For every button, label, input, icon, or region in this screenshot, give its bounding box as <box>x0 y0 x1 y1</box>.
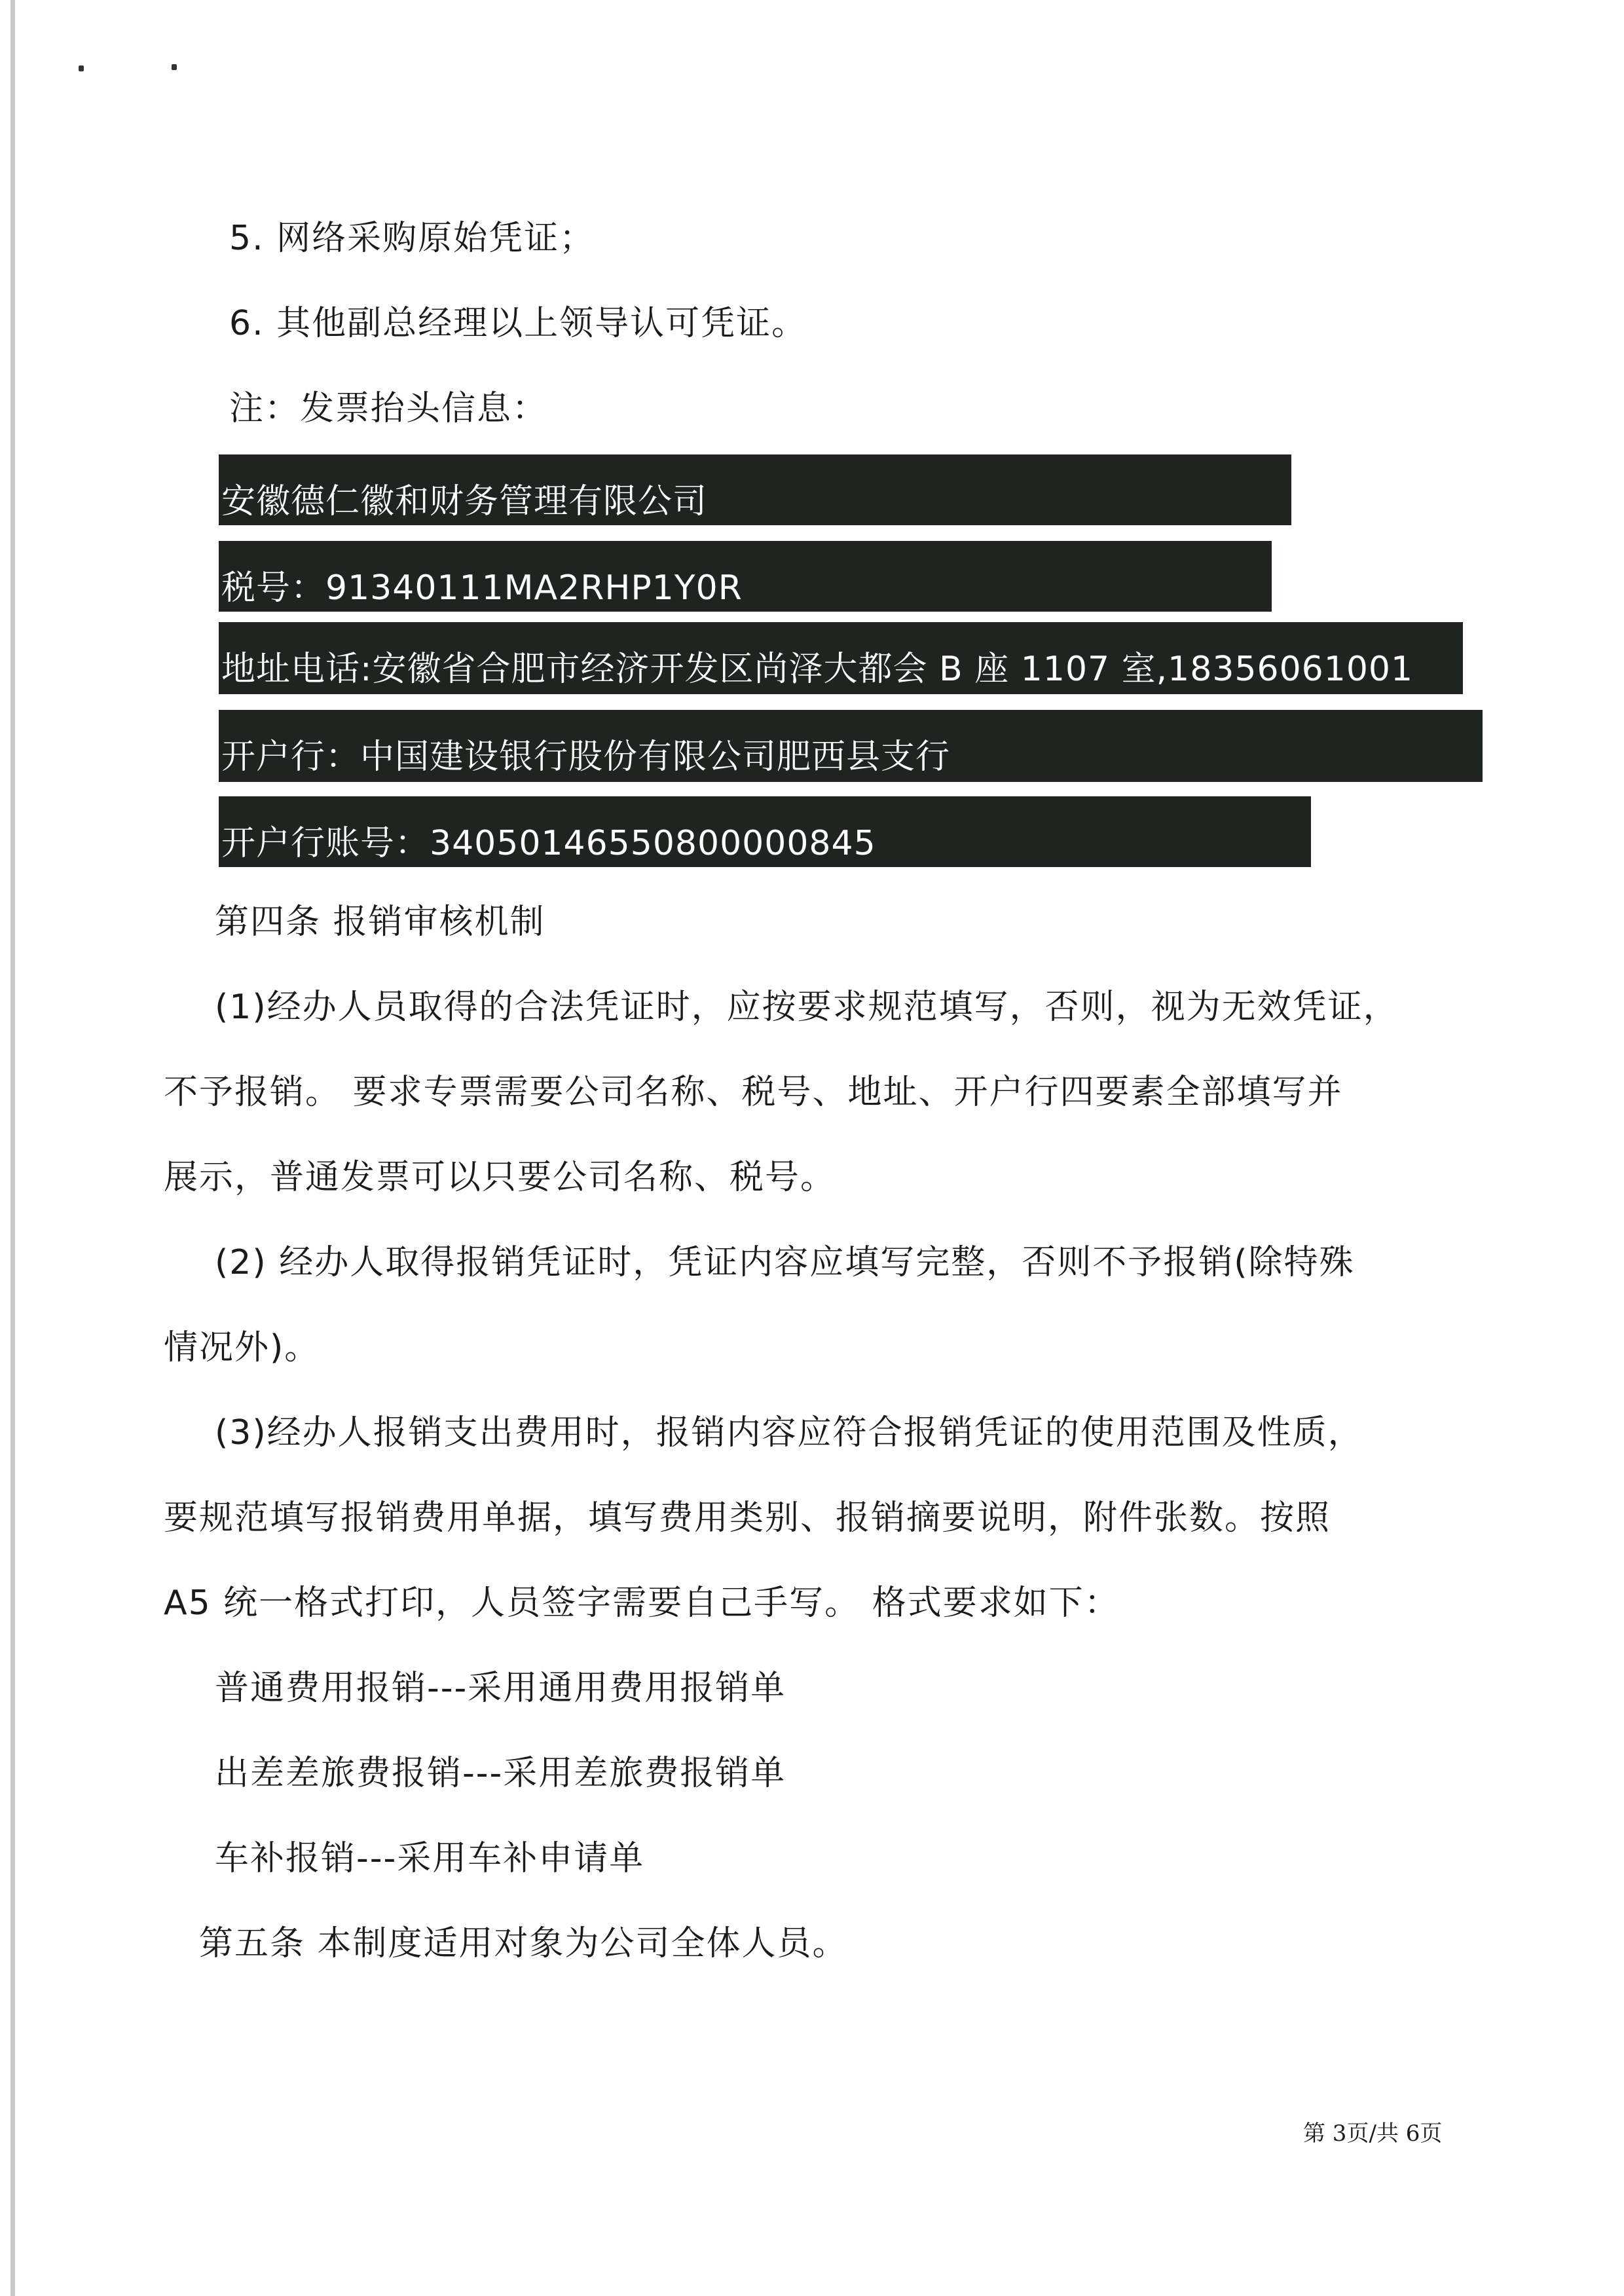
redacted-tax-id: 税号：91340111MA2RHP1Y0R <box>219 541 1272 612</box>
article-4-p3-line3: A5 统一格式打印，人员签字需要自己手写。 格式要求如下： <box>164 1582 1120 1624</box>
article-4-title: 第四条 报销审核机制 <box>215 901 545 943</box>
format-travel-expense: 出差差旅费报销---采用差旅费报销单 <box>215 1752 786 1794</box>
article-4-p1-line3: 展示，普通发票可以只要公司名称、税号。 <box>164 1157 836 1198</box>
article-5: 第五条 本制度适用对象为公司全体人员。 <box>199 1923 848 1965</box>
company-name: 安徽德仁徽和财务管理有限公司 <box>221 482 707 521</box>
article-4-p1-line2: 不予报销。 要求专票需要公司名称、税号、地址、开户行四要素全部填写并 <box>164 1071 1343 1113</box>
article-4-p2-line1: (2) 经办人取得报销凭证时，凭证内容应填写完整，否则不予报销(除特殊 <box>215 1242 1354 1284</box>
format-general-expense: 普通费用报销---采用通用费用报销单 <box>215 1667 786 1709</box>
bank-name: 开户行：中国建设银行股份有限公司肥西县支行 <box>221 737 950 777</box>
redacted-company-name: 安徽德仁徽和财务管理有限公司 <box>219 454 1291 525</box>
scan-speck <box>172 64 177 70</box>
redacted-bank-account: 开户行账号：34050146550800000845 <box>219 796 1311 867</box>
article-4-p1-line1: (1)经办人员取得的合法凭证时，应按要求规范填写，否则，视为无效凭证， <box>215 986 1399 1028</box>
scan-speck <box>79 65 84 71</box>
tax-id: 税号：91340111MA2RHP1Y0R <box>221 568 743 608</box>
article-4-p3-line2: 要规范填写报销费用单据，填写费用类别、报销摘要说明，附件张数。按照 <box>164 1497 1331 1539</box>
bank-account: 开户行账号：34050146550800000845 <box>221 824 876 863</box>
scan-edge <box>10 0 15 2296</box>
list-item-5: 5. 网络采购原始凭证； <box>229 217 595 259</box>
page-indicator: 第 3页/共 6页 <box>1303 2115 1442 2147</box>
redacted-address-phone: 地址电话:安徽省合肥市经济开发区尚泽大都会 B 座 1107 室,1835606… <box>219 622 1463 694</box>
article-4-p3-line1: (3)经办人报销支出费用时，报销内容应符合报销凭证的使用范围及性质， <box>215 1412 1363 1454</box>
invoice-note-label: 注：发票抬头信息： <box>229 388 547 430</box>
article-4-p2-line2: 情况外)。 <box>164 1327 320 1369</box>
list-item-6: 6. 其他副总经理以上领导认可凭证。 <box>229 303 807 344</box>
redacted-bank: 开户行：中国建设银行股份有限公司肥西县支行 <box>219 710 1483 782</box>
address-phone: 地址电话:安徽省合肥市经济开发区尚泽大都会 B 座 1107 室,1835606… <box>221 650 1413 689</box>
format-car-allowance: 车补报销---采用车补申请单 <box>215 1838 644 1879</box>
